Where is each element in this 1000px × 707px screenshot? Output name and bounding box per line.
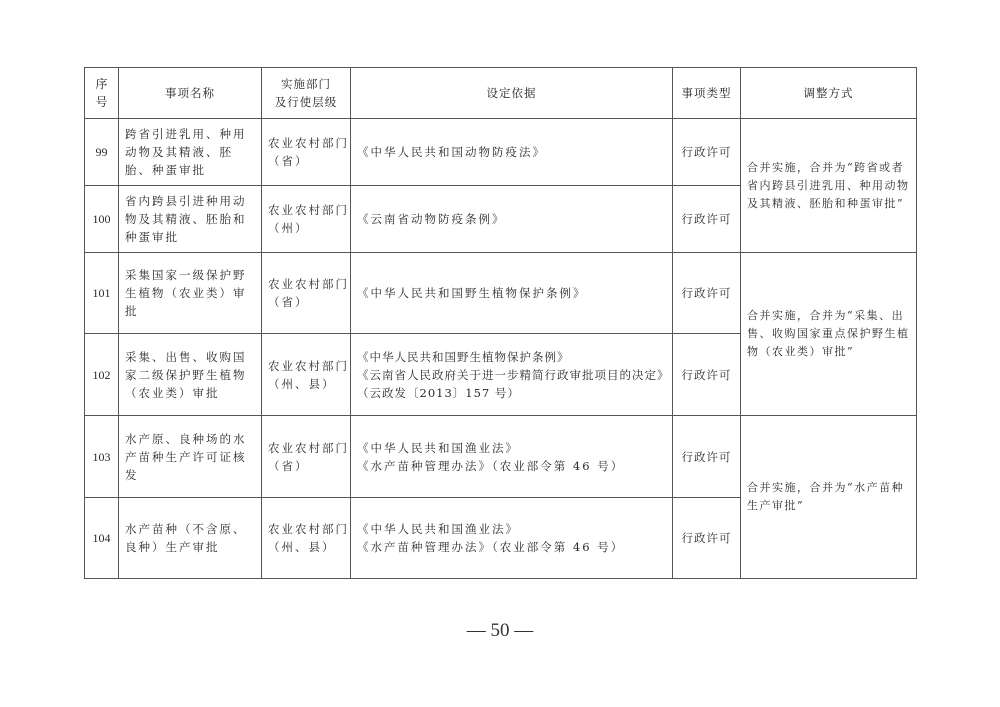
row-dept-line1: 农业农村部门 [268, 520, 344, 538]
row-name: 水产原、良种场的水产苗种生产许可证核发 [119, 416, 262, 498]
row-dept-line1: 农业农村部门 [268, 201, 344, 219]
row-dept-line2: （省） [268, 152, 344, 170]
row-name: 省内跨县引进种用动物及其精液、胚胎和种蛋审批 [119, 186, 262, 253]
basis-line: 《中华人民共和国野生植物保护条例》 [357, 348, 666, 366]
basis-line: 《中华人民共和国动物防疫法》 [357, 143, 666, 161]
row-name: 采集国家一级保护野生植物（农业类）审批 [119, 253, 262, 334]
row-type: 行政许可 [673, 253, 741, 334]
row-name: 跨省引进乳用、种用动物及其精液、胚胎、种蛋审批 [119, 119, 262, 186]
row-no: 99 [85, 119, 119, 186]
row-type: 行政许可 [673, 119, 741, 186]
row-basis: 《中华人民共和国野生植物保护条例》 《云南省人民政府关于进一步精简行政审批项目的… [351, 334, 673, 416]
header-no: 序 号 [85, 68, 119, 119]
row-dept: 农业农村部门 （州、县） [262, 498, 351, 579]
row-type: 行政许可 [673, 334, 741, 416]
row-adjust: 合并实施，合并为“水产苗种生产审批” [741, 416, 917, 579]
row-basis: 《中华人民共和国渔业法》 《水产苗种管理办法》（农业部令第 46 号） [351, 416, 673, 498]
basis-line: （云政发〔2013〕157 号） [357, 384, 666, 402]
row-dept-line2: （省） [268, 293, 344, 311]
row-adjust: 合并实施，合并为“跨省或者省内跨县引进乳用、种用动物及其精液、胚胎和种蛋审批” [741, 119, 917, 253]
row-dept-line2: （省） [268, 457, 344, 475]
row-adjust: 合并实施，合并为“采集、出售、收购国家重点保护野生植物（农业类）审批” [741, 253, 917, 416]
row-dept-line1: 农业农村部门 [268, 275, 344, 293]
row-no: 104 [85, 498, 119, 579]
row-basis: 《中华人民共和国动物防疫法》 [351, 119, 673, 186]
table-row: 103 水产原、良种场的水产苗种生产许可证核发 农业农村部门 （省） 《中华人民… [85, 416, 917, 498]
basis-line: 《中华人民共和国渔业法》 [357, 520, 666, 538]
row-basis: 《中华人民共和国渔业法》 《水产苗种管理办法》（农业部令第 46 号） [351, 498, 673, 579]
header-dept-line2: 及行使层级 [268, 93, 344, 111]
row-type: 行政许可 [673, 498, 741, 579]
row-name: 采集、出售、收购国家二级保护野生植物（农业类）审批 [119, 334, 262, 416]
row-no: 102 [85, 334, 119, 416]
basis-line: 《云南省动物防疫条例》 [357, 210, 666, 228]
row-dept: 农业农村部门 （州） [262, 186, 351, 253]
header-no-line2: 号 [85, 93, 118, 111]
basis-line: 《水产苗种管理办法》（农业部令第 46 号） [357, 457, 666, 475]
header-adjust: 调整方式 [741, 68, 917, 119]
header-basis: 设定依据 [351, 68, 673, 119]
row-dept-line2: （州） [268, 219, 344, 237]
page-number: — 50 — [0, 620, 1000, 642]
row-name: 水产苗种（不含原、良种）生产审批 [119, 498, 262, 579]
row-no: 103 [85, 416, 119, 498]
header-dept-line1: 实施部门 [268, 75, 344, 93]
header-dept: 实施部门 及行使层级 [262, 68, 351, 119]
row-dept-line1: 农业农村部门 [268, 439, 344, 457]
row-dept-line2: （州、县） [268, 538, 344, 556]
row-type: 行政许可 [673, 416, 741, 498]
header-no-line1: 序 [85, 75, 118, 93]
row-dept: 农业农村部门 （省） [262, 416, 351, 498]
table-header-row: 序 号 事项名称 实施部门 及行使层级 设定依据 事项类型 调整方式 [85, 68, 917, 119]
row-dept: 农业农村部门 （省） [262, 253, 351, 334]
basis-line: 《中华人民共和国渔业法》 [357, 439, 666, 457]
header-type: 事项类型 [673, 68, 741, 119]
row-dept-line2: （州、县） [268, 375, 344, 393]
table-row: 99 跨省引进乳用、种用动物及其精液、胚胎、种蛋审批 农业农村部门 （省） 《中… [85, 119, 917, 186]
row-basis: 《中华人民共和国野生植物保护条例》 [351, 253, 673, 334]
basis-line: 《中华人民共和国野生植物保护条例》 [357, 284, 666, 302]
row-dept: 农业农村部门 （省） [262, 119, 351, 186]
row-dept-line1: 农业农村部门 [268, 357, 344, 375]
row-type: 行政许可 [673, 186, 741, 253]
approval-items-table: 序 号 事项名称 实施部门 及行使层级 设定依据 事项类型 调整方式 99 跨省… [84, 67, 917, 579]
row-dept: 农业农村部门 （州、县） [262, 334, 351, 416]
table-row: 101 采集国家一级保护野生植物（农业类）审批 农业农村部门 （省） 《中华人民… [85, 253, 917, 334]
header-name: 事项名称 [119, 68, 262, 119]
basis-line: 《水产苗种管理办法》（农业部令第 46 号） [357, 538, 666, 556]
row-basis: 《云南省动物防疫条例》 [351, 186, 673, 253]
row-no: 100 [85, 186, 119, 253]
row-no: 101 [85, 253, 119, 334]
row-dept-line1: 农业农村部门 [268, 134, 344, 152]
basis-line: 《云南省人民政府关于进一步精简行政审批项目的决定》 [357, 366, 666, 384]
